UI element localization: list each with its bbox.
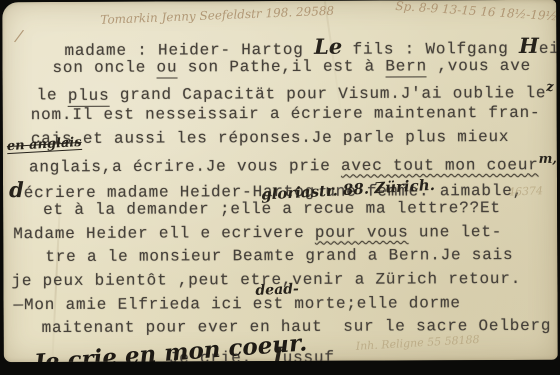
pencil-footer-right: Inh. Religne 55 58188 (355, 334, 479, 352)
scan-background: madame : Heider- Hartog Le fils : Wolfga… (0, 0, 560, 375)
ink-gloriastr: gloriastr. 88. Zürich. (261, 178, 435, 203)
ink-dead: dead- (255, 282, 299, 298)
pencil-margin-slash: / (15, 28, 23, 45)
handwritten-annotations-layer: Tomarkin Jenny Seefeldstr 198. 29588Sp. … (2, 0, 558, 362)
pencil-header-left: Tomarkin Jenny Seefeldstr 198. 29588 (100, 5, 334, 26)
ink-signature: Je crie en mon coeur. (33, 331, 307, 362)
pencil-number-46374: 46374 (508, 185, 543, 197)
pencil-header-right: Sp. 8-9 13-15 16 18½-19½ (395, 0, 557, 22)
ink-margin-en-anglais: en anglais (7, 136, 83, 154)
postcard: madame : Heider- Hartog Le fils : Wolfga… (2, 0, 558, 362)
